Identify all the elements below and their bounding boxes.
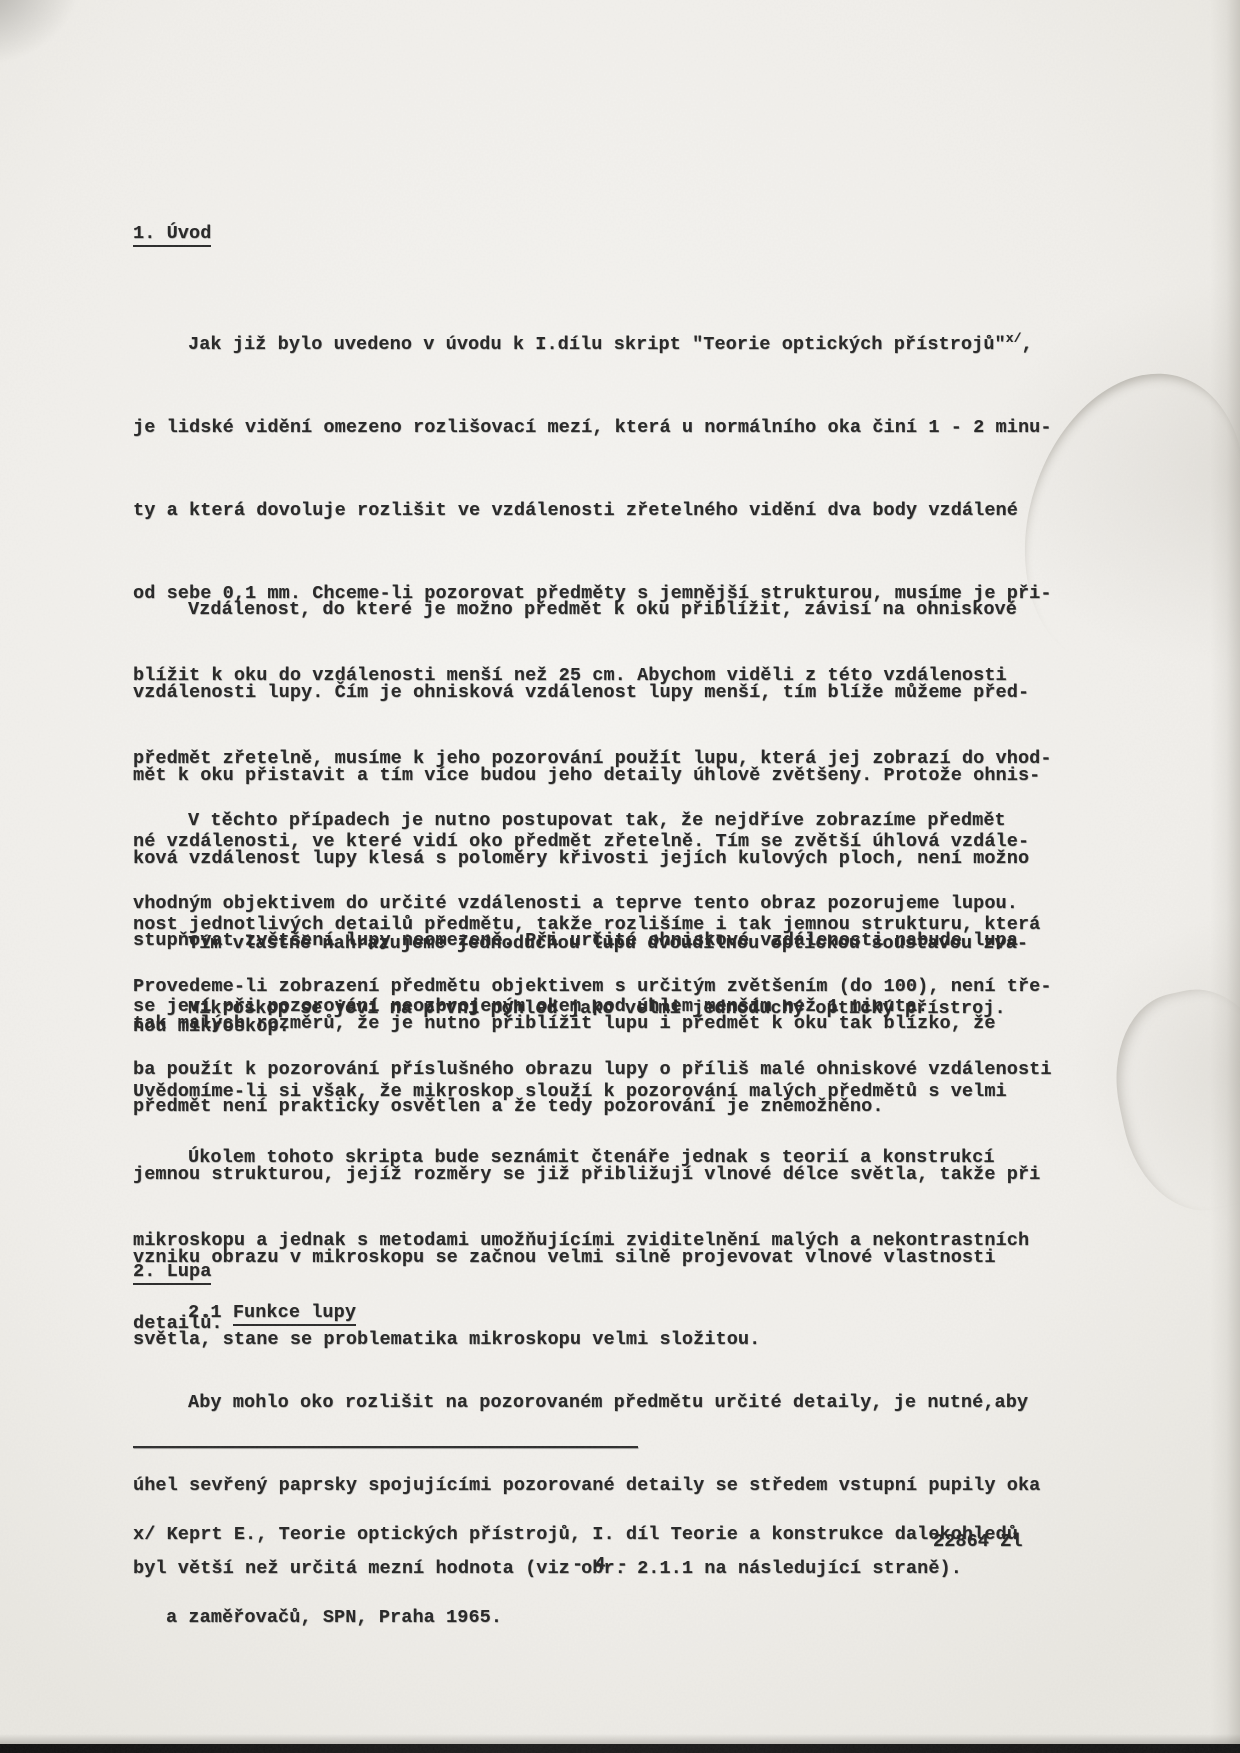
- torn-paper-edge: [1210, 0, 1240, 1753]
- scanned-document-page: { "colors": { "paper": "#f1efeb", "ink":…: [0, 0, 1240, 1753]
- heading-text: 1. Úvod: [133, 223, 211, 247]
- text-line: Aby mohlo oko rozlišit na pozorovaném př…: [133, 1389, 1073, 1417]
- text-line: Mikroskop se jeví na první pohled jako v…: [133, 995, 1073, 1023]
- line-text: ,: [1022, 334, 1033, 355]
- footnote-marker: x/: [1006, 331, 1022, 346]
- text-line: Vzdálenost, do které je možno předmět k …: [133, 596, 1073, 624]
- text-line: V těchto případech je nutno postupovat t…: [133, 807, 1073, 835]
- footnote-line: x/ Keprt E., Teorie optických přístrojů,…: [133, 1521, 1073, 1549]
- subheading-number: 2.1: [188, 1302, 233, 1323]
- line-text: Jak již bylo uvedeno v úvodu k I.dílu sk…: [188, 334, 1006, 355]
- text-line: Úkolem tohoto skripta bude seznámit čten…: [133, 1144, 1073, 1172]
- section-1-heading: 1. Úvod: [133, 220, 1073, 248]
- page-number: - 4 -: [20, 1551, 1180, 1579]
- scan-bottom-strip: [0, 1744, 1240, 1753]
- subheading-title: Funkce lupy: [233, 1302, 356, 1326]
- text-line: ty a která dovoluje rozlišit ve vzdáleno…: [133, 497, 1073, 525]
- text-line: Jak již bylo uvedeno v úvodu k I.dílu sk…: [133, 331, 1073, 359]
- section-2-heading: 2. Lupa: [133, 1258, 1073, 1286]
- scan-bottom-shadow: [0, 1734, 1240, 1744]
- footnote-divider: [133, 1446, 638, 1448]
- heading-text: 2. Lupa: [133, 1261, 211, 1285]
- footnote-line: a zaměřovačů, SPN, Praha 1965.: [133, 1604, 1073, 1632]
- text-line: mikroskopu a jednak s metodami umožňujíc…: [133, 1227, 1073, 1255]
- text-line: je lidské vidění omezeno rozlišovací mez…: [133, 414, 1073, 442]
- section-2-1-subheading: 2.1 Funkce lupy: [133, 1299, 1128, 1327]
- paper-tear: [1099, 976, 1240, 1224]
- text-line: vzdálenosti lupy. Čím je ohnisková vzdál…: [133, 679, 1073, 707]
